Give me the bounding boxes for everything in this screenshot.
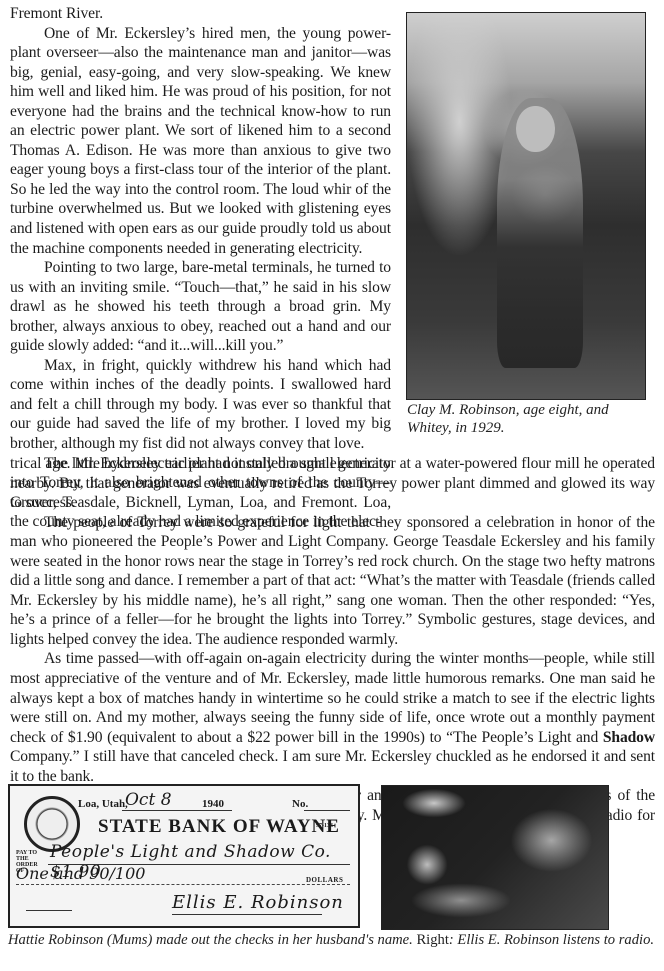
text-segment: Company.” I still have that canceled che… [10, 748, 655, 785]
payee-name: People's Light and Shadow Co. [50, 842, 331, 862]
left-text-column: Fremont River. One of Mr. Eckersley’s hi… [10, 4, 391, 532]
right-label: Right [413, 932, 449, 948]
check-amount-words: One and 90/100 [16, 864, 145, 883]
memo-line [26, 910, 72, 911]
boy-photo-caption: Clay M. Robinson, age eight, and Whitey,… [407, 401, 647, 437]
signature-line [172, 914, 322, 915]
check-caption: Hattie Robinson (Mums) made out the chec… [8, 932, 413, 948]
dollars-label: DOLLARS [306, 876, 343, 884]
radio-caption: : Ellis E. Robinson listens to radio. [449, 932, 654, 948]
man-listening-radio-photo [381, 785, 609, 930]
paragraph-celebration: The people of Torrey were so grateful fo… [10, 513, 655, 650]
check-year: 1940 [202, 798, 224, 810]
bank-name: STATE BANK OF WAYNE [98, 816, 340, 838]
number-line [304, 810, 350, 811]
check-place: Loa, Utah, [78, 798, 128, 810]
paragraph-overseer: One of Mr. Eckersley’s hired men, the yo… [10, 24, 391, 259]
routing-number: 97-133 [316, 823, 333, 829]
bank-check-image: Loa, Utah, Oct 8 1940 No. STATE BANK OF … [8, 784, 360, 928]
boy-face [516, 106, 554, 152]
paragraph-terminals: Pointing to two large, bare-metal termin… [10, 258, 391, 356]
bold-shadow-word: Shadow [603, 729, 655, 746]
paragraph-hydroelectric-continued: trical age. Mr. Eckersley earlier had in… [10, 454, 655, 513]
check-date: Oct 8 [125, 790, 172, 810]
paragraph-continuation: Fremont River. [10, 4, 391, 24]
amount-line [16, 884, 350, 885]
paragraph-humorous-remarks: As time passed—with off-again on-again e… [10, 649, 655, 786]
boy-with-horse-photo [406, 12, 646, 400]
check-signature: Ellis E. Robinson [172, 892, 344, 913]
paragraph-max-fright: Max, in fright, quickly withdrew his han… [10, 356, 391, 454]
document-page: Fremont River. One of Mr. Eckersley’s hi… [0, 0, 664, 971]
check-number-label: No. [292, 798, 308, 810]
text-segment: As time passed—with off-again on-again e… [10, 650, 655, 745]
bottom-caption: Hattie Robinson (Mums) made out the chec… [8, 931, 664, 949]
date-line [122, 810, 232, 811]
